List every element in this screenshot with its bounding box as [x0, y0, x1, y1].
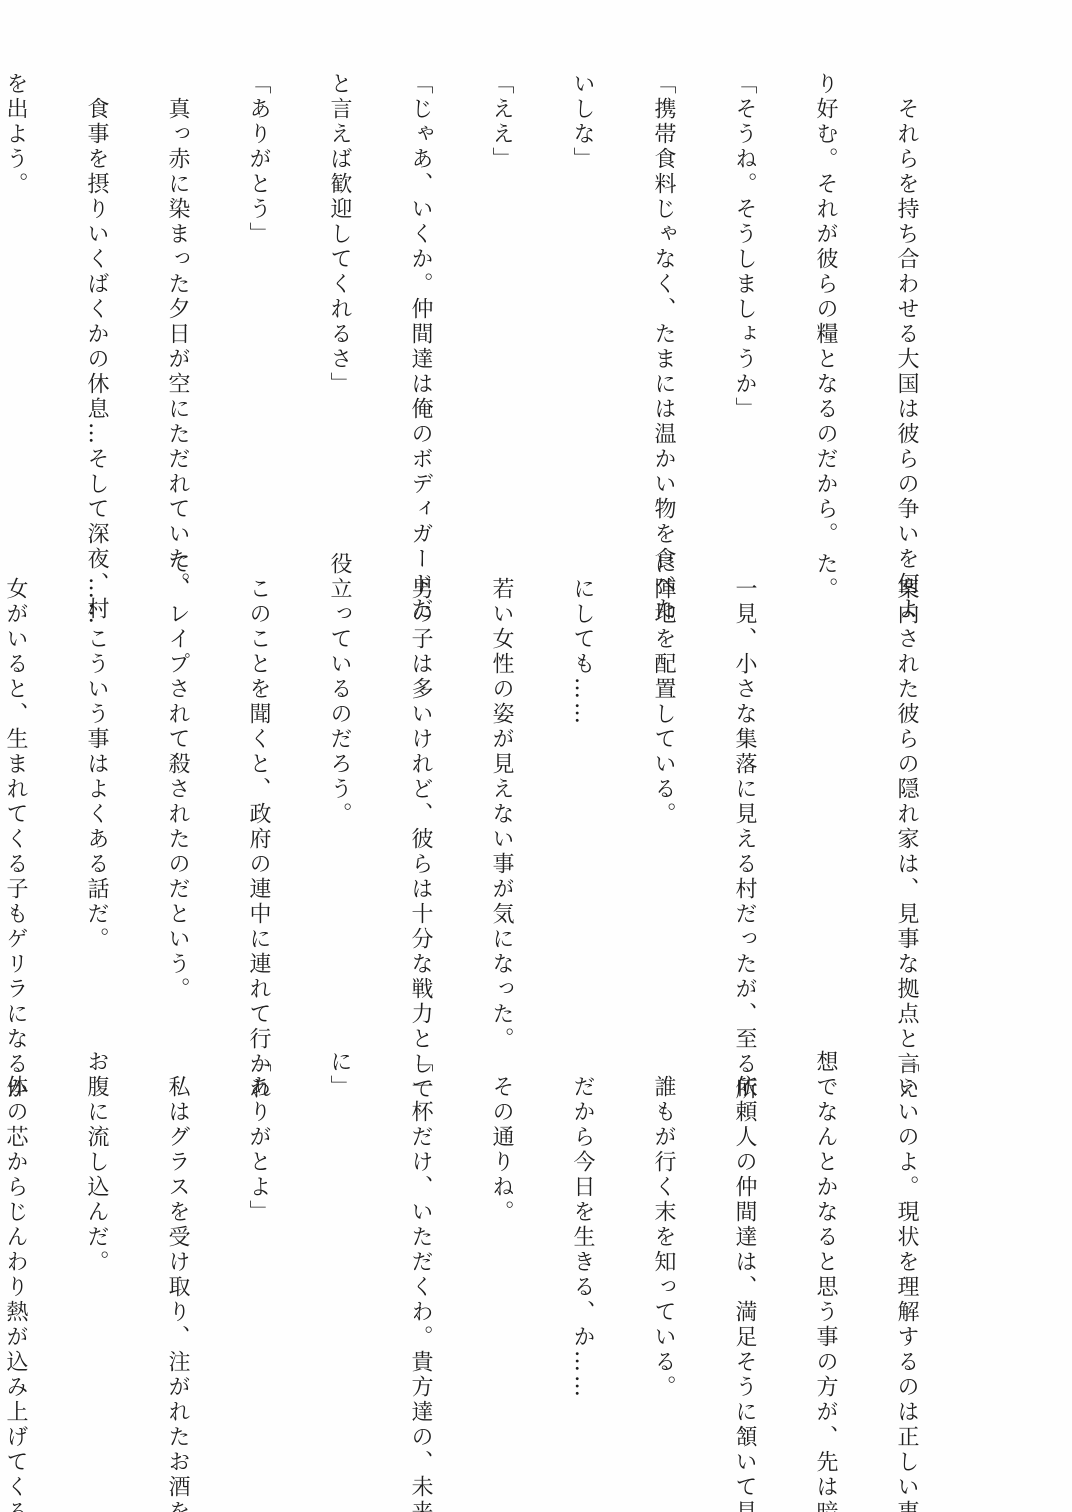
text-column: お腹に流し込んだ。	[83, 1050, 110, 1470]
text-column: 「じゃあ、いくか。仲間達は俺のボディガードだ	[407, 72, 434, 492]
text-column: ……こういう事はよくある話だ。	[83, 552, 110, 972]
text-column: 「ありがとう」	[245, 72, 272, 492]
text-column: 「ありがとよ」	[245, 1050, 272, 1470]
text-column: 役立っているのだろう。	[326, 552, 353, 972]
text-column: 誰もが行く末を知っている。	[650, 1050, 677, 1470]
text-column: 男の子は多いけれど、彼らは十分な戦力として	[407, 552, 434, 972]
text-column: 「いいのよ。現状を理解するのは正しい事よ。理	[893, 1050, 920, 1470]
text-column: 「そうね。そうしましょうか」	[731, 72, 758, 492]
text-column: 若い女性の姿が見えない事が気になった。	[488, 552, 515, 972]
text-column: それらを持ち合わせる大国は彼らの争いを何よ	[893, 72, 920, 492]
text-column: を出よう。	[2, 72, 29, 492]
text-column: その通りね。	[488, 1050, 515, 1470]
text-column: 案内された彼らの隠れ家は、見事な拠点と言え	[893, 552, 920, 972]
text-column: 「一杯だけ、いただくわ。貴方達の、未来の為	[407, 1050, 434, 1470]
text-column: にしても……	[569, 552, 596, 972]
text-column: り好む。それが彼らの糧となるのだから。	[812, 72, 839, 492]
text-column: 依頼人の仲間達は、満足そうに頷いて見せた。	[731, 1050, 758, 1470]
text-column: このことを聞くと、政府の連中に連れて行かれ	[245, 552, 272, 972]
text-column: 「携帯食料じゃなく、たまには温かい物を食べた	[650, 72, 677, 492]
novel-page: それらを持ち合わせる大国は彼らの争いを何よ り好む。それが彼らの糧となるのだから…	[0, 0, 1072, 1512]
text-column: 女がいると、生まれてくる子もゲリラになるか	[2, 552, 29, 972]
text-column: 食事を摂りいくばくかの休息…そして深夜、村	[83, 72, 110, 492]
text-column: いしな」	[569, 72, 596, 492]
text-column: 真っ赤に染まった夕日が空にただれていた。	[164, 72, 191, 492]
text-column: に」	[326, 1050, 353, 1470]
text-section-top: それらを持ち合わせる大国は彼らの争いを何よ り好む。それが彼らの糧となるのだから…	[0, 72, 974, 492]
text-column: と言えば歓迎してくれるさ」	[326, 72, 353, 492]
text-column: 一見、小さな集落に見える村だったが、至る所	[731, 552, 758, 972]
text-section-middle: 案内された彼らの隠れ家は、見事な拠点と言え た。 一見、小さな集落に見える村だっ…	[0, 552, 974, 972]
text-column: に陣地を配置している。	[650, 552, 677, 972]
text-column: て、レイプされて殺されたのだという。	[164, 552, 191, 972]
text-column: た。	[812, 552, 839, 972]
text-column: だから今日を生きる、か……	[569, 1050, 596, 1470]
text-column: 「ええ」	[488, 72, 515, 492]
text-column: 想でなんとかなると思う事の方が、先は暗い」	[812, 1050, 839, 1470]
text-section-bottom: 「いいのよ。現状を理解するのは正しい事よ。理 想でなんとかなると思う事の方が、先…	[0, 1050, 974, 1470]
text-column: 体の芯からじんわり熱が込み上げてくる。	[2, 1050, 29, 1470]
text-column: 私はグラスを受け取り、注がれたお酒を一気に	[164, 1050, 191, 1470]
